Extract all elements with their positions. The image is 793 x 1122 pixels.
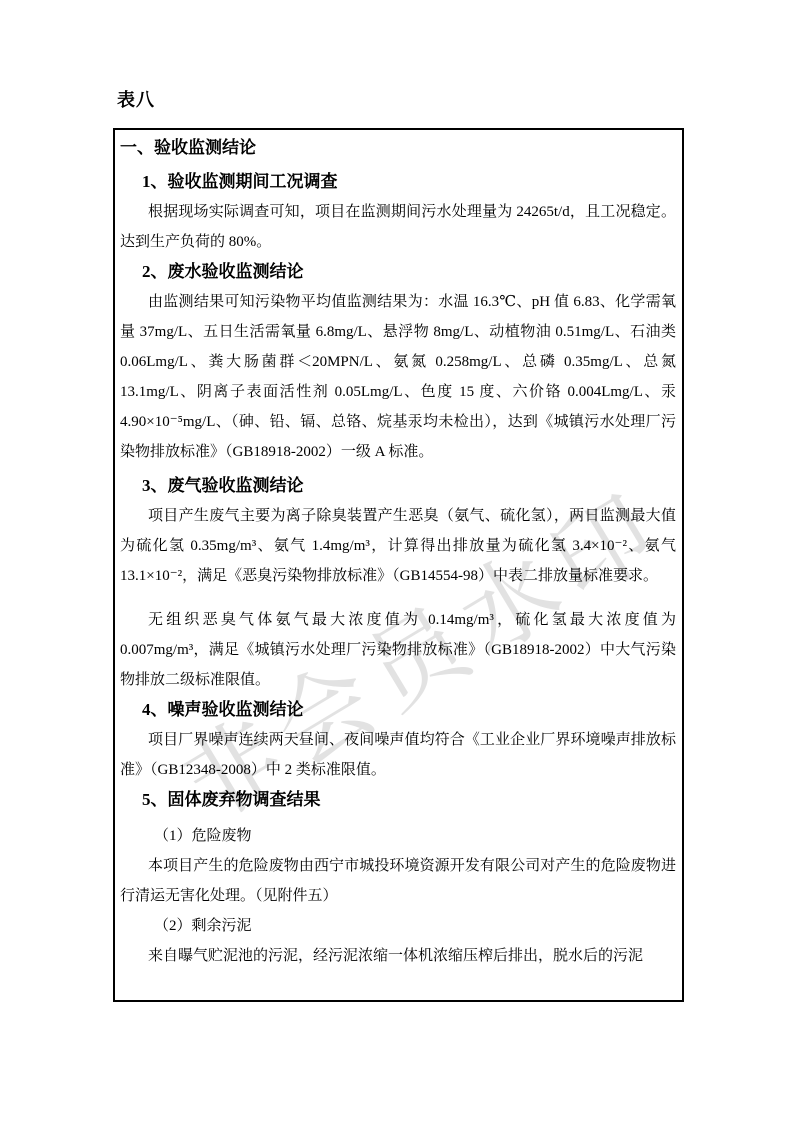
heading-operating-condition-survey: 1、验收监测期间工况调查 (120, 167, 676, 197)
para-noise-results: 项目厂界噪声连续两天昼间、夜间噪声值均符合《工业企业厂界环境噪声排放标准》（GB… (120, 725, 676, 785)
heading-waste-gas-conclusion: 3、废气验收监测结论 (120, 471, 676, 501)
table-caption: 表八 (117, 86, 155, 112)
heading-solid-waste-survey: 5、固体废弃物调查结果 (120, 785, 676, 815)
subitem-hazardous-waste: （1）危险废物 (120, 821, 676, 851)
para-hazardous-waste: 本项目产生的危险废物由西宁市城投环境资源开发有限公司对产生的危险废物进行清运无害… (120, 851, 676, 911)
para-surplus-sludge: 来自曝气贮泥池的污泥，经污泥浓缩一体机浓缩压榨后排出，脱水后的污泥 (120, 941, 676, 971)
table-frame: 一、验收监测结论 1、验收监测期间工况调查 根据现场实际调查可知，项目在监测期间… (113, 128, 684, 1002)
para-operating-condition: 根据现场实际调查可知，项目在监测期间污水处理量为 24265t/d，且工况稳定。… (120, 197, 676, 257)
para-waste-gas-unorganized: 无组织恶臭气体氨气最大浓度值为 0.14mg/m³，硫化氢最大浓度值为 0.00… (120, 605, 676, 695)
heading-wastewater-conclusion: 2、废水验收监测结论 (120, 257, 676, 287)
para-waste-gas-organized: 项目产生废气主要为离子除臭装置产生恶臭（氨气、硫化氢），两日监测最大值为硫化氢 … (120, 501, 676, 591)
heading-noise-conclusion: 4、噪声验收监测结论 (120, 695, 676, 725)
heading-acceptance-conclusion: 一、验收监测结论 (120, 133, 676, 163)
para-wastewater-results: 由监测结果可知污染物平均值监测结果为：水温 16.3℃、pH 值 6.83、化学… (120, 287, 676, 467)
subitem-surplus-sludge: （2）剩余污泥 (120, 911, 676, 941)
